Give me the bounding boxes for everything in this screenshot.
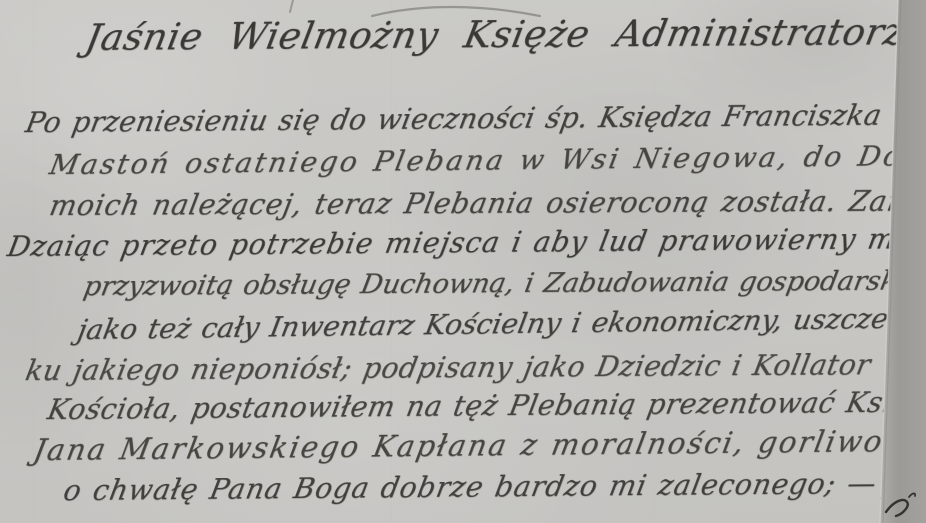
- body-line-8: Kościoła, postanowiłem na tęż Plebanią p…: [45, 385, 926, 426]
- cutoff-stroke-mark: [290, 0, 293, 12]
- body-line-3: moich należącej, teraz Plebania osieroco…: [47, 184, 926, 222]
- scan-artifacts: [0, 0, 926, 523]
- paper-edge-shadow: [883, 0, 901, 523]
- document-page: Jaśnie Wielmożny Księże Administratorze!…: [0, 0, 926, 523]
- body-line-9: Jana Markowskiego Kapłana z moralności, …: [31, 424, 926, 467]
- body-line-4: Dzaiąc przeto potrzebie miejsca i aby lu…: [5, 222, 926, 263]
- paper-crease: [652, 0, 655, 523]
- body-line-5: przyzwoitą obsługę Duchowną, i Zabudowan…: [81, 265, 926, 302]
- cutoff-stroke-mark: [372, 7, 540, 16]
- ink-squiggle-mark: [909, 493, 915, 497]
- salutation-line: Jaśnie Wielmożny Księże Administratorze!: [82, 10, 926, 59]
- body-line-1: Po przeniesieniu się do wieczności śp. K…: [23, 99, 884, 139]
- paper-crease: [33, 0, 36, 523]
- paper-crease: [391, 0, 394, 523]
- body-line-7: ku jakiego nieponiósł; podpisany jako Dz…: [23, 348, 874, 387]
- paper-edge-highlight: [880, 0, 898, 523]
- page-edge-strip: [880, 0, 926, 523]
- body-line-6: jako też cały Inwentarz Kościelny i ekon…: [75, 301, 926, 346]
- body-line-2: Mastoń ostatniego Plebana w Wsi Niegowa,…: [47, 139, 926, 181]
- ink-squiggle-mark: [886, 500, 908, 516]
- body-line-10: o chwałę Pana Boga dobrze bardzo mi zale…: [61, 466, 926, 507]
